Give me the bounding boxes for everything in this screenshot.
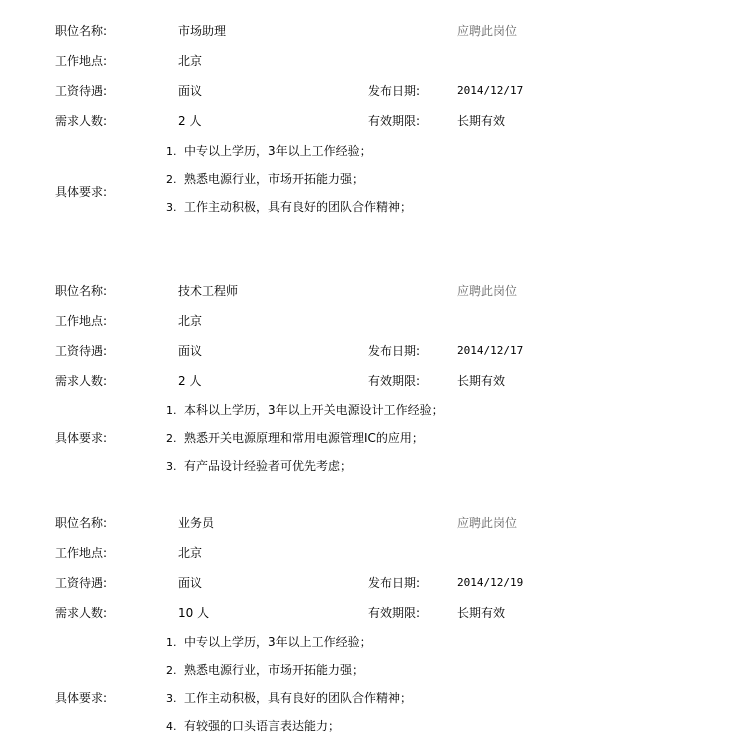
requirement-item: 3.有产品设计经验者可优先考虑； [166,459,352,474]
location-label: 工作地点: [55,314,107,328]
requirement-item: 1.本科以上学历，3年以上开关电源设计工作经验； [166,403,444,418]
requirement-text: 熟悉电源行业，市场开拓能力强； [184,663,364,677]
salary-label: 工资待遇: [55,84,107,98]
requirement-text: 熟悉开关电源原理和常用电源管理IC的应用； [184,431,424,445]
job-headcount: 2 人 [178,374,201,388]
publish-date-label: 发布日期: [368,576,420,590]
requirement-item: 2.熟悉电源行业，市场开拓能力强； [166,663,364,678]
publish-date-label: 发布日期: [368,84,420,98]
apply-link[interactable]: 应聘此岗位 [457,284,517,298]
headcount-label: 需求人数: [55,374,107,388]
salary-label: 工资待遇: [55,344,107,358]
requirement-item: 1.中专以上学历，3年以上工作经验； [166,144,372,159]
publish-date: 2014/12/19 [457,576,523,590]
validity-value: 长期有效 [457,606,505,620]
job-title: 业务员 [178,516,214,530]
publish-date-label: 发布日期: [368,344,420,358]
job-salary: 面议 [178,576,202,590]
requirement-number: 2. [166,664,184,678]
requirement-text: 中专以上学历，3年以上工作经验； [184,635,372,649]
salary-label: 工资待遇: [55,576,107,590]
publish-date: 2014/12/17 [457,344,523,358]
validity-label: 有效期限: [368,114,420,128]
headcount-label: 需求人数: [55,606,107,620]
title-label: 职位名称: [55,284,107,298]
requirement-item: 2.熟悉开关电源原理和常用电源管理IC的应用； [166,431,424,446]
job-title: 市场助理 [178,24,226,38]
requirement-number: 2. [166,432,184,446]
job-location: 北京 [178,54,202,68]
job-headcount: 2 人 [178,114,201,128]
title-label: 职位名称: [55,24,107,38]
requirement-text: 熟悉电源行业，市场开拓能力强； [184,172,364,186]
requirement-text: 有产品设计经验者可优先考虑； [184,459,352,473]
requirement-item: 3.工作主动积极，具有良好的团队合作精神； [166,691,412,706]
apply-link[interactable]: 应聘此岗位 [457,516,517,530]
requirement-item: 1.中专以上学历，3年以上工作经验； [166,635,372,650]
requirement-text: 有较强的口头语言表达能力； [184,719,340,733]
requirements-label: 具体要求: [55,691,107,705]
job-title: 技术工程师 [178,284,238,298]
requirement-text: 本科以上学历，3年以上开关电源设计工作经验； [184,403,444,417]
job-location: 北京 [178,546,202,560]
publish-date: 2014/12/17 [457,84,523,98]
requirement-number: 3. [166,460,184,474]
validity-label: 有效期限: [368,606,420,620]
requirements-label: 具体要求: [55,431,107,445]
job-location: 北京 [178,314,202,328]
requirement-number: 3. [166,201,184,215]
requirement-item: 3.工作主动积极，具有良好的团队合作精神； [166,200,412,215]
apply-link[interactable]: 应聘此岗位 [457,24,517,38]
requirement-text: 工作主动积极，具有良好的团队合作精神； [184,200,412,214]
requirement-number: 3. [166,692,184,706]
requirement-number: 2. [166,173,184,187]
requirement-text: 工作主动积极，具有良好的团队合作精神； [184,691,412,705]
job-salary: 面议 [178,344,202,358]
job-salary: 面议 [178,84,202,98]
requirement-number: 1. [166,404,184,418]
requirement-text: 中专以上学历，3年以上工作经验； [184,144,372,158]
requirement-number: 1. [166,636,184,650]
requirement-number: 4. [166,720,184,734]
job-headcount: 10 人 [178,606,209,620]
requirement-number: 1. [166,145,184,159]
validity-value: 长期有效 [457,374,505,388]
location-label: 工作地点: [55,546,107,560]
validity-label: 有效期限: [368,374,420,388]
location-label: 工作地点: [55,54,107,68]
title-label: 职位名称: [55,516,107,530]
headcount-label: 需求人数: [55,114,107,128]
requirement-item: 2.熟悉电源行业，市场开拓能力强； [166,172,364,187]
requirement-item: 4.有较强的口头语言表达能力； [166,719,340,734]
requirements-label: 具体要求: [55,185,107,199]
validity-value: 长期有效 [457,114,505,128]
